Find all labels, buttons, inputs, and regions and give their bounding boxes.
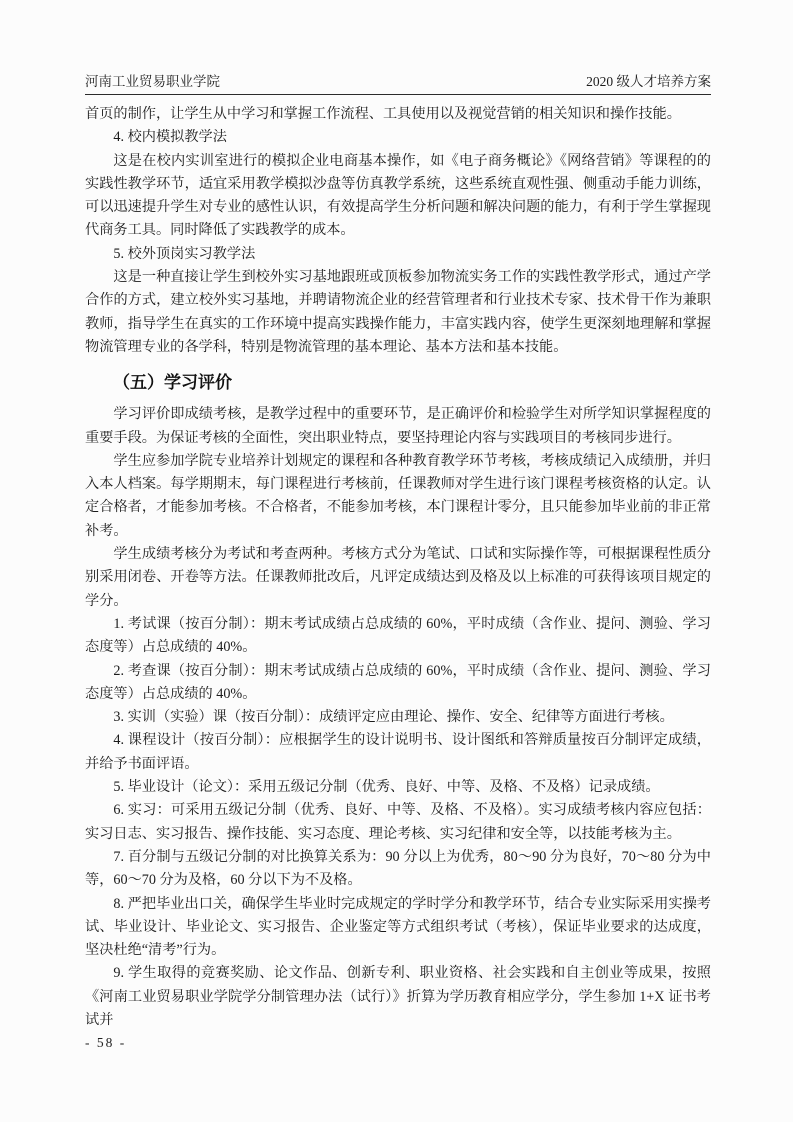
paragraph: 1. 考试课（按百分制）：期末考试成绩占总成绩的 60%，平时成绩（含作业、提问… [85,613,711,660]
paragraph: 学习评价即成绩考核，是教学过程中的重要环节，是正确评价和检验学生对所学知识掌握程… [85,403,711,450]
page-footer: - 58 - [85,1035,126,1051]
paragraph: 5. 校外顶岗实习教学法 [85,243,711,266]
section-heading: （五）学习评价 [85,368,711,398]
paragraph: 学生应参加学院专业培养计划规定的课程和各种教育教学环节考核，考核成绩记入成绩册，… [85,450,711,543]
paragraph: 8. 严把毕业出口关，确保学生毕业时完成规定的学时学分和教学环节，结合专业实际采… [85,893,711,963]
paragraph: 3. 实训（实验）课（按百分制）：成绩评定应由理论、操作、安全、纪律等方面进行考… [85,706,711,729]
paragraph: 4. 课程设计（按百分制）：应根据学生的设计说明书、设计图纸和答辩质量按百分制评… [85,729,711,776]
paragraph: 2. 考查课（按百分制）：期末考试成绩占总成绩的 60%，平时成绩（含作业、提问… [85,660,711,707]
paragraph: 5. 毕业设计（论文）：采用五级记分制（优秀、良好、中等、及格、不及格）记录成绩… [85,776,711,799]
page-header: 河南工业贸易职业学院 2020 级人才培养方案 [85,73,711,95]
paragraph: 4. 校内模拟教学法 [85,126,711,149]
paragraph: 7. 百分制与五级记分制的对比换算关系为：90 分以上为优秀，80～90 分为良… [85,846,711,893]
paragraph: 首页的制作，让学生从中学习和掌握工作流程、工具使用以及视觉营销的相关知识和操作技… [85,103,711,126]
paragraph: 6. 实习：可采用五级记分制（优秀、良好、中等、及格、不及格）。实习成绩考核内容… [85,799,711,846]
header-school-name: 河南工业贸易职业学院 [85,73,220,91]
paragraph: 这是在校内实训室进行的模拟企业电商基本操作，如《电子商务概论》《网络营销》等课程… [85,150,711,243]
header-document-title: 2020 级人才培养方案 [586,73,711,91]
paragraph: 学生成绩考核分为考试和考查两种。考核方式分为笔试、口试和实际操作等，可根据课程性… [85,543,711,613]
document-body: 首页的制作，让学生从中学习和掌握工作流程、工具使用以及视觉营销的相关知识和操作技… [85,103,711,1032]
document-page: 河南工业贸易职业学院 2020 级人才培养方案 首页的制作，让学生从中学习和掌握… [0,0,793,1122]
page-number: - 58 - [85,1035,126,1050]
paragraph: 9. 学生取得的竞赛奖励、论文作品、创新专利、职业资格、社会实践和自主创业等成果… [85,962,711,1032]
paragraph: 这是一种直接让学生到校外实习基地跟班或顶板参加物流实务工作的实践性教学形式，通过… [85,266,711,359]
